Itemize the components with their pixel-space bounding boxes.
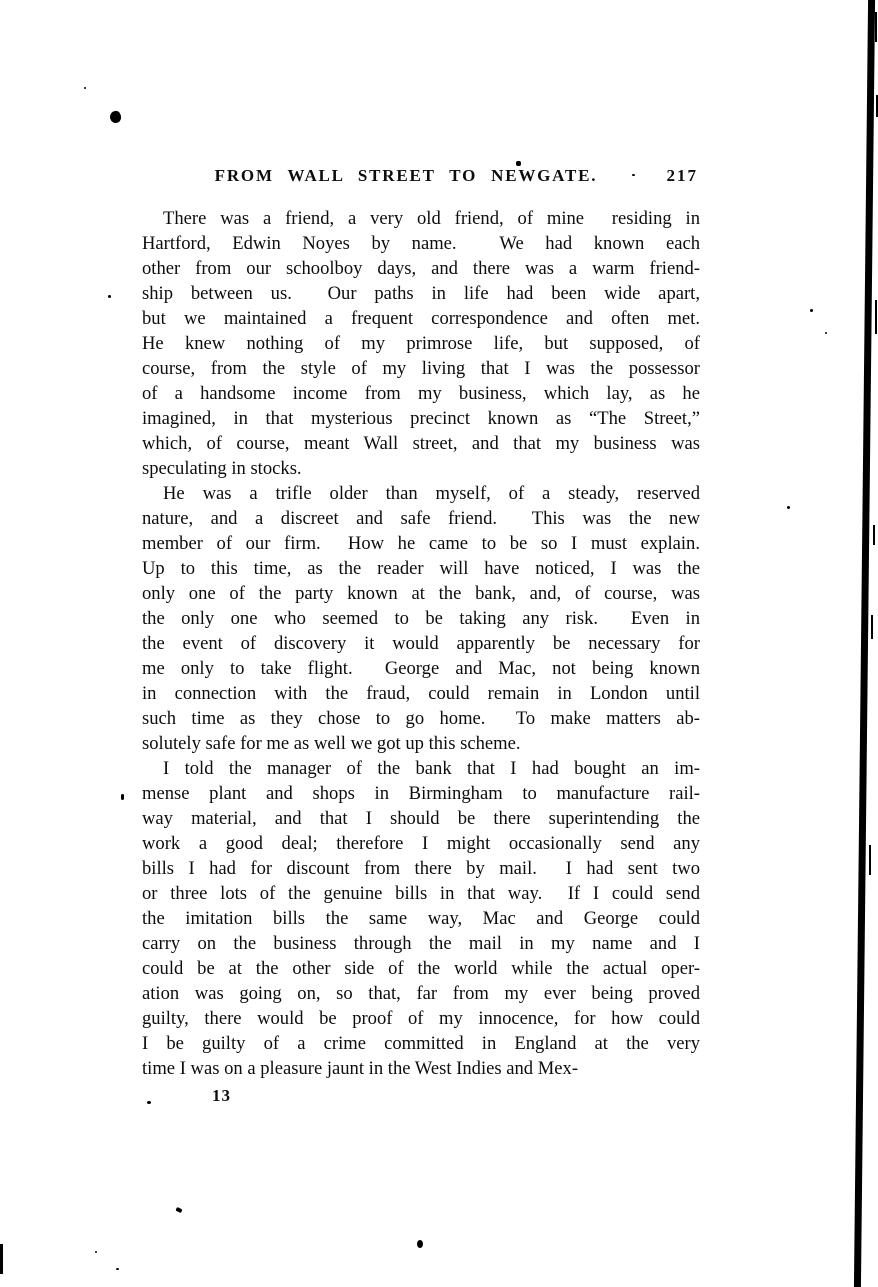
text-line: or three lots of the genuine bills in th… [142,881,700,906]
scan-speck [95,1251,97,1253]
text-line: only one of the party known at the bank,… [142,581,700,606]
text-line: in connection with the fraud, could rema… [142,681,700,706]
text-line: course, from the style of my living that… [142,356,700,381]
text-line: ship between us. Our paths in life had b… [142,281,700,306]
text-line: ation was going on, so that, far from my… [142,981,700,1006]
text-line: of a handsome income from my business, w… [142,381,700,406]
text-line: speculating in stocks. [142,456,700,481]
text-line: guilty, there would be proof of my innoc… [142,1006,700,1031]
running-head: FROM WALL STREET TO NEWGATE. 217 [142,166,700,194]
scan-edge-dash [873,525,875,545]
text-line: me only to take flight. George and Mac, … [142,656,700,681]
scan-speck [810,309,813,312]
text-line: He was a trifle older than myself, of a … [142,481,700,506]
signature-mark: 13 [212,1083,231,1108]
text-line: which, of course, meant Wall street, and… [142,431,700,456]
text-line: nature, and a discreet and safe friend. … [142,506,700,531]
text-line: such time as they chose to go home. To m… [142,706,700,731]
scan-edge-dash [875,300,877,334]
page-body: There was a friend, a very old friend, o… [142,206,700,1081]
text-line: There was a friend, a very old friend, o… [142,206,700,231]
text-line: the only one who seemed to be taking any… [142,606,700,631]
text-line: imagined, in that mysterious precinct kn… [142,406,700,431]
scan-edge-dash [869,845,871,875]
scan-speck [84,87,86,89]
paragraph-2: He was a trifle older than myself, of a … [142,481,700,756]
scan-gutter-bar [854,0,875,1287]
text-line: bills I had for discount from there by m… [142,856,700,881]
scan-speck [175,1207,182,1213]
text-line: I be guilty of a crime committed in Engl… [142,1031,700,1056]
scan-edge-dash [875,12,877,42]
text-line: but we maintained a frequent corresponde… [142,306,700,331]
scan-speck [116,1268,119,1270]
book-page-scan: FROM WALL STREET TO NEWGATE. 217 There w… [0,0,878,1287]
text-line: carry on the business through the mail i… [142,931,700,956]
page-number: 217 [667,166,699,186]
scan-speck [147,1101,151,1104]
text-line: time I was on a pleasure jaunt in the We… [142,1056,700,1081]
text-line: the imitation bills the same way, Mac an… [142,906,700,931]
scan-speck [121,794,124,800]
text-line: mense plant and shops in Birmingham to m… [142,781,700,806]
text-line: work a good deal; therefore I might occa… [142,831,700,856]
text-line: other from our schoolboy days, and there… [142,256,700,281]
text-line: could be at the other side of the world … [142,956,700,981]
scan-speck [108,295,111,298]
scan-edge-dash [871,615,873,639]
scan-speck [787,506,790,509]
text-line: member of our firm. How he came to be so… [142,531,700,556]
scan-speck [417,1240,423,1248]
text-line: Up to this time, as the reader will have… [142,556,700,581]
paragraph-3: I told the manager of the bank that I ha… [142,756,700,1081]
scan-speck [825,332,827,334]
text-line: the event of discovery it would apparent… [142,631,700,656]
text-line: way material, and that I should be there… [142,806,700,831]
text-line: Hartford, Edwin Noyes by name. We had kn… [142,231,700,256]
text-line: He knew nothing of my primrose life, but… [142,331,700,356]
text-line: I told the manager of the bank that I ha… [142,756,700,781]
scan-corner-mark [0,1244,3,1274]
ink-blot [109,110,122,124]
page-title: FROM WALL STREET TO NEWGATE. [142,166,670,186]
scan-speck [632,174,635,176]
scan-speck [516,161,521,166]
text-line: solutely safe for me as well we got up t… [142,731,700,756]
paragraph-1: There was a friend, a very old friend, o… [142,206,700,481]
